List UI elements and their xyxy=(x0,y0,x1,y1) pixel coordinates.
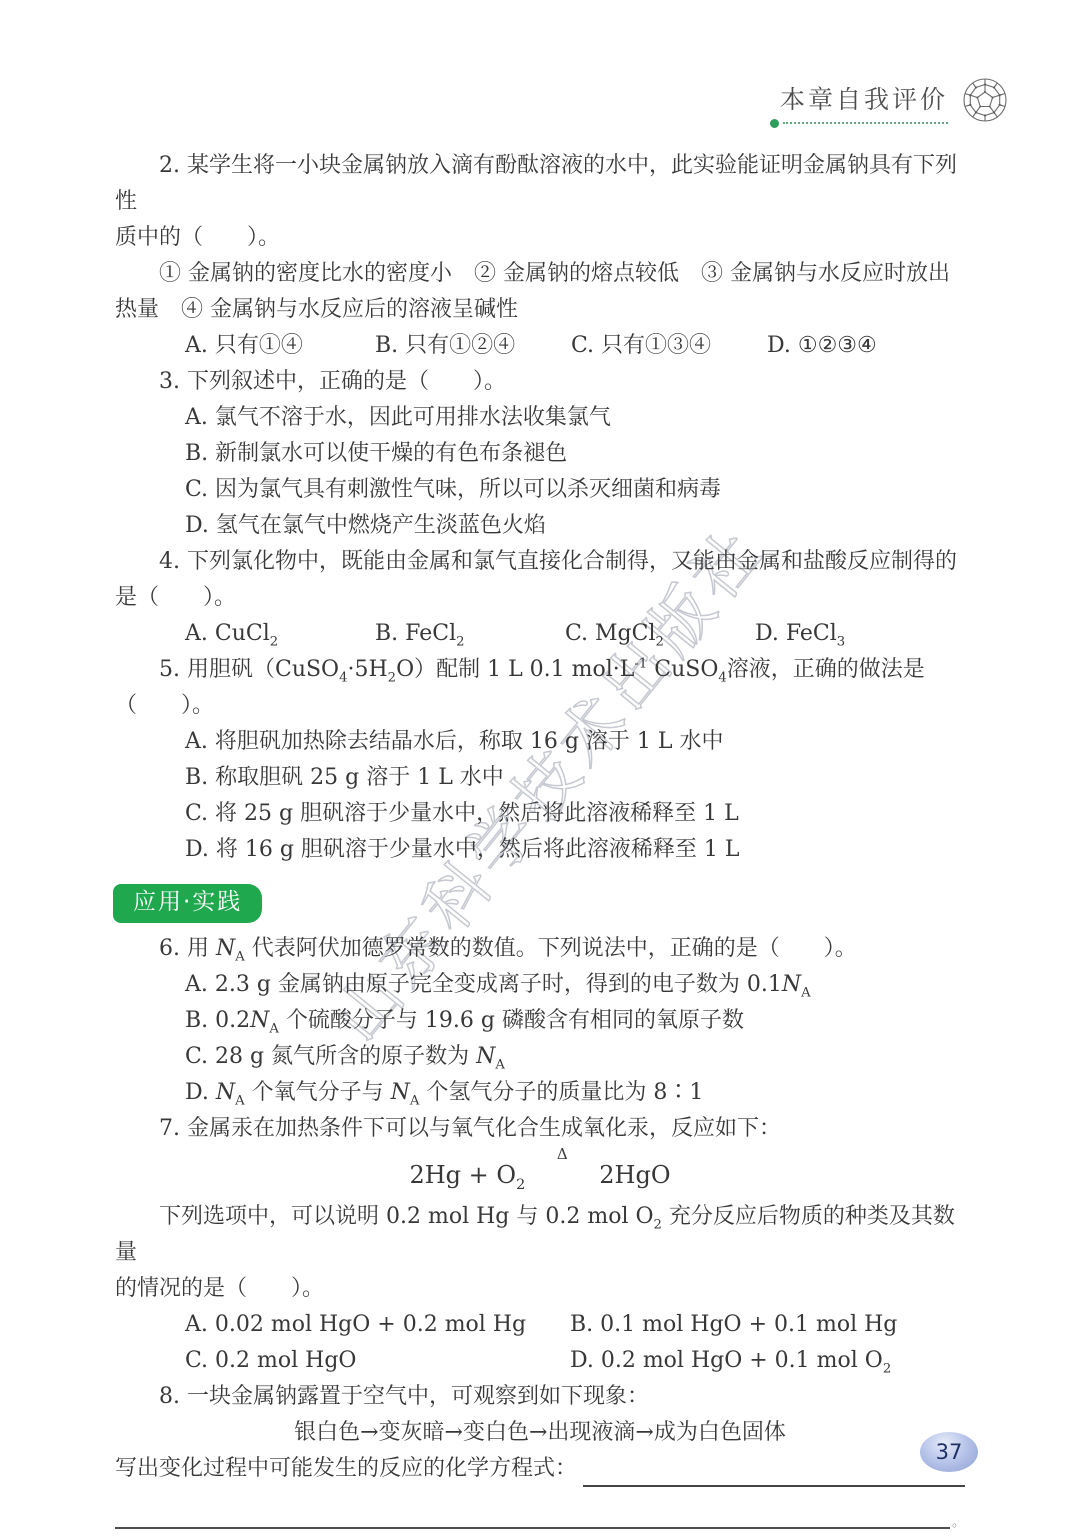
option-item: D. 氢气在氯气中燃烧产生淡蓝色火焰 xyxy=(115,508,965,544)
delta-symbol: Δ xyxy=(557,1147,568,1162)
line-end-period: 。 xyxy=(952,1516,965,1529)
textbook-page: 山东科学技术出版社 本章自我评价 xyxy=(0,0,1080,1536)
q2-items-line1: ① 金属钠的密度比水的密度小 ② 金属钠的熔点较低 ③ 金属钠与水反应时放出 xyxy=(115,256,965,292)
section-badge: 应用·实践 xyxy=(113,884,262,923)
option-item: C. MgCl2 xyxy=(565,616,755,652)
q7-follow-line2: 的情况的是（ ）。 xyxy=(115,1271,965,1307)
option-item: B. 只有①②④ xyxy=(375,328,571,364)
q4-stem-line2: 是（ ）。 xyxy=(115,580,965,616)
option-item: D. FeCl3 xyxy=(755,616,845,652)
option-item: A. 0.02 mol HgO + 0.2 mol Hg xyxy=(185,1307,570,1343)
q8-answer-line-row: 。 xyxy=(115,1503,965,1529)
q2-stem-line2: 质中的（ ）。 xyxy=(115,220,965,256)
option-item: A. CuCl2 xyxy=(185,616,375,652)
equation-right: 2HgO xyxy=(599,1161,670,1189)
q8-prompt-line: 写出变化过程中可能发生的反应的化学方程式： xyxy=(115,1451,965,1487)
option-item: D. ①②③④ xyxy=(767,328,877,364)
q7-options-row1: A. 0.02 mol HgO + 0.2 mol Hg B. 0.1 mol … xyxy=(115,1307,965,1343)
green-dot xyxy=(770,119,779,128)
option-item: D. 0.2 mol HgO + 0.1 mol O2 xyxy=(570,1343,891,1379)
option-item: A. 只有①④ xyxy=(185,328,375,364)
q2-options-row: A. 只有①④ B. 只有①②④ C. 只有①③④ D. ①②③④ xyxy=(115,328,965,364)
q8-stem: 8. 一块金属钠露置于空气中，可观察到如下现象： xyxy=(115,1379,965,1415)
option-item: A. 2.3 g 金属钠由原子完全变成离子时，得到的电子数为 0.1NA xyxy=(115,967,965,1003)
fullerene-molecule-icon xyxy=(948,74,1010,138)
dotted-line xyxy=(783,122,948,124)
q6-stem: 6. 用 NA 代表阿伏加德罗常数的数值。下列说法中，正确的是（ ）。 xyxy=(115,931,965,967)
q7-stem: 7. 金属汞在加热条件下可以与氧气化合生成氧化汞，反应如下： xyxy=(115,1111,965,1147)
option-item: B. FeCl2 xyxy=(375,616,565,652)
page-header: 本章自我评价 xyxy=(770,74,1010,138)
q8-prompt: 写出变化过程中可能发生的反应的化学方程式： xyxy=(115,1451,577,1487)
q4-options-row: A. CuCl2 B. FeCl2 C. MgCl2 D. FeCl3 xyxy=(115,616,965,652)
section-badge-row: 应用·实践 xyxy=(113,884,965,923)
page-content: 2. 某学生将一小块金属钠放入滴有酚酞溶液的水中，此实验能证明金属钠具有下列性 … xyxy=(115,148,965,1529)
answer-blank xyxy=(583,1457,965,1487)
q5-stem: 5. 用胆矾（CuSO4·5H2O）配制 1 L 0.1 mol·L-1 CuS… xyxy=(115,652,965,724)
equation-left: 2Hg + O2 xyxy=(409,1161,525,1189)
dotted-divider xyxy=(770,119,948,128)
option-item: C. 将 25 g 胆矾溶于少量水中，然后将此溶液稀释至 1 L xyxy=(115,796,965,832)
q2-stem-line1: 2. 某学生将一小块金属钠放入滴有酚酞溶液的水中，此实验能证明金属钠具有下列性 xyxy=(115,148,965,220)
answer-line xyxy=(115,1503,950,1529)
q7-options-row2: C. 0.2 mol HgO D. 0.2 mol HgO + 0.1 mol … xyxy=(115,1343,965,1379)
option-item: C. 只有①③④ xyxy=(571,328,767,364)
option-item: C. 28 g 氮气所含的原子数为 NA xyxy=(115,1039,965,1075)
q2-items-line2: 热量 ④ 金属钠与水反应后的溶液呈碱性 xyxy=(115,292,965,328)
option-item: B. 0.1 mol HgO + 0.1 mol Hg xyxy=(570,1307,897,1343)
option-item: C. 0.2 mol HgO xyxy=(185,1343,570,1379)
option-item: B. 新制氯水可以使干燥的有色布条褪色 xyxy=(115,436,965,472)
q3-stem: 3. 下列叙述中，正确的是（ ）。 xyxy=(115,364,965,400)
q4-stem-line1: 4. 下列氯化物中，既能由金属和氯气直接化合制得，又能由金属和盐酸反应制得的 xyxy=(115,544,965,580)
q8-observation-sequence: 银白色→变灰暗→变白色→出现液滴→成为白色固体 xyxy=(115,1415,965,1451)
option-item: A. 将胆矾加热除去结晶水后，称取 16 g 溶于 1 L 水中 xyxy=(115,724,965,760)
option-item: D. 将 16 g 胆矾溶于少量水中，然后将此溶液稀释至 1 L xyxy=(115,832,965,868)
option-item: D. NA 个氧气分子与 NA 个氢气分子的质量比为 8∶1 xyxy=(115,1075,965,1111)
q7-follow-line1: 下列选项中，可以说明 0.2 mol Hg 与 0.2 mol O2 充分反应后… xyxy=(115,1199,965,1271)
option-item: B. 0.2NA 个硫酸分子与 19.6 g 磷酸含有相同的氧原子数 xyxy=(115,1003,965,1039)
page-number-badge: 37 xyxy=(920,1432,978,1472)
option-item: B. 称取胆矾 25 g 溶于 1 L 水中 xyxy=(115,760,965,796)
option-item: A. 氯气不溶于水，因此可用排水法收集氯气 xyxy=(115,400,965,436)
chapter-header-title: 本章自我评价 xyxy=(780,85,948,115)
chemical-equation: 2Hg + O2Δ2HgO xyxy=(115,1153,965,1197)
option-item: C. 因为氯气具有刺激性气味，所以可以杀灭细菌和病毒 xyxy=(115,472,965,508)
